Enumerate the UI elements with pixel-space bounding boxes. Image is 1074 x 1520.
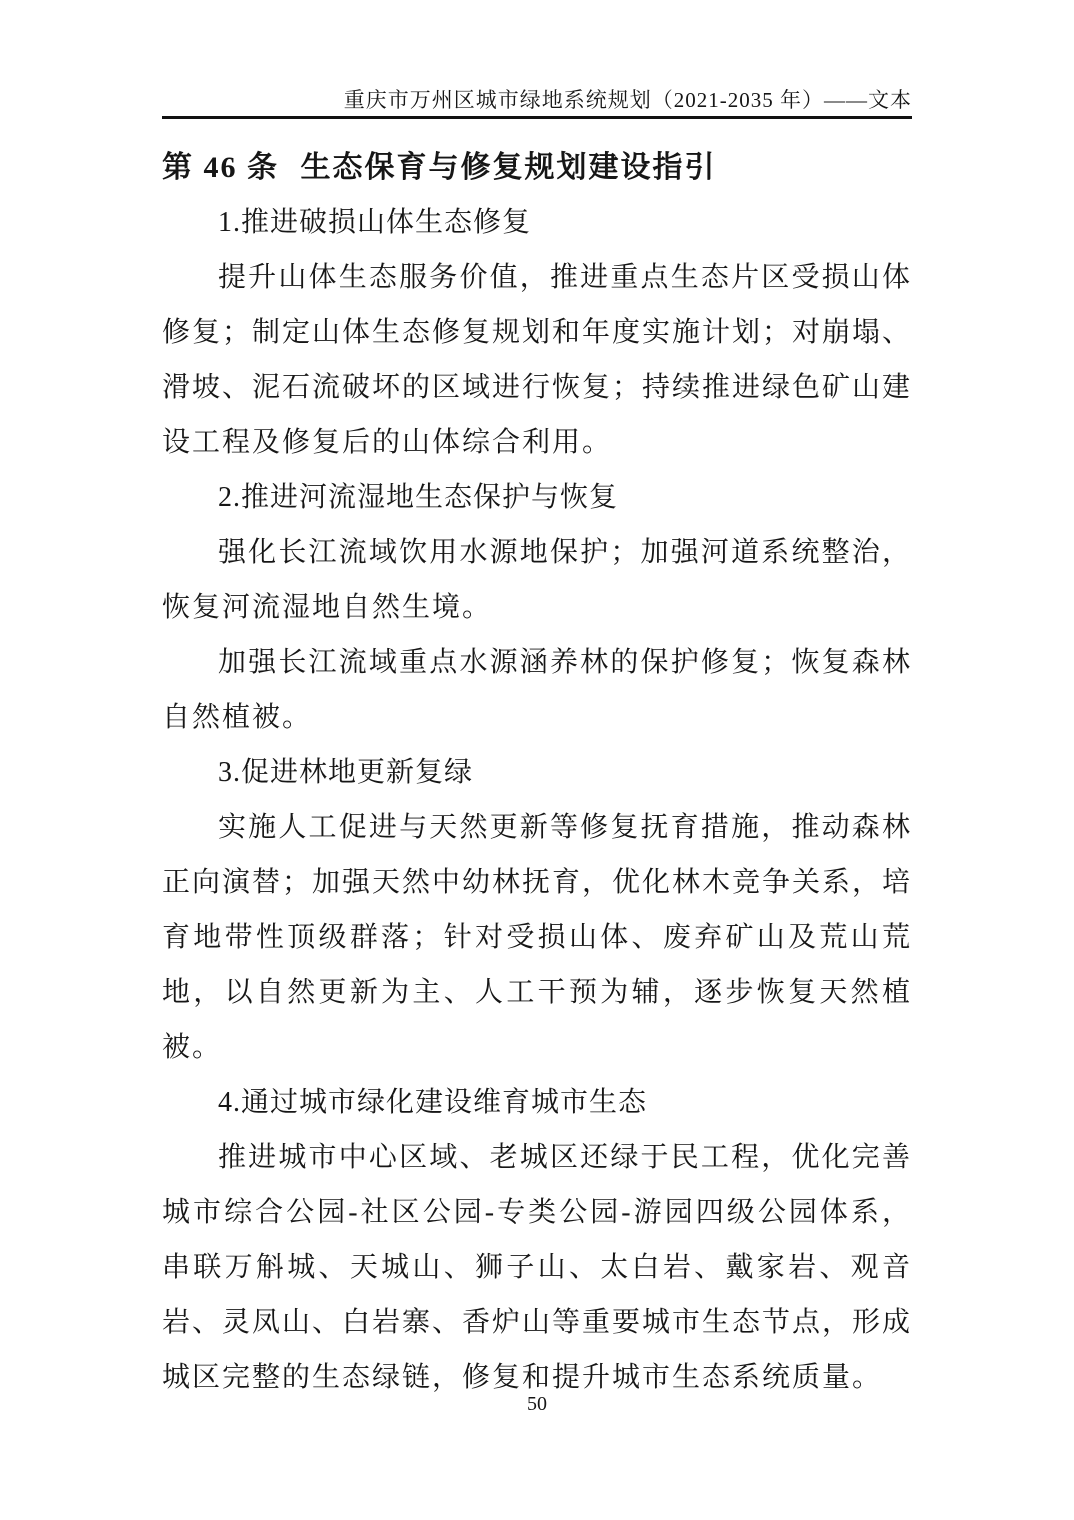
page-number: 50 <box>0 1393 1074 1416</box>
header-rule <box>162 116 912 119</box>
section-3-subtitle: 3.促进林地更新复绿 <box>162 745 912 800</box>
section-1-subtitle: 1.推进破损山体生态修复 <box>162 195 912 250</box>
section-4-paragraph-1: 推进城市中心区域、老城区还绿于民工程，优化完善城市综合公园-社区公园-专类公园-… <box>162 1130 912 1405</box>
section-2-paragraph-2: 加强长江流域重点水源涵养林的保护修复；恢复森林自然植被。 <box>162 635 912 745</box>
article-title: 生态保育与修复规划建设指引 <box>301 151 717 184</box>
section-4-subtitle: 4.通过城市绿化建设维育城市生态 <box>162 1075 912 1130</box>
document-page: 重庆市万州区城市绿地系统规划（2021-2035 年）——文本 第 46 条 生… <box>0 0 1074 1520</box>
article-heading: 第 46 条 生态保育与修复规划建设指引 <box>162 140 912 195</box>
running-head: 重庆市万州区城市绿地系统规划（2021-2035 年）——文本 <box>162 84 912 114</box>
section-2-paragraph-1: 强化长江流域饮用水源地保护；加强河道系统整治，恢复河流湿地自然生境。 <box>162 525 912 635</box>
section-3-paragraph-1: 实施人工促进与天然更新等修复抚育措施，推动森林正向演替；加强天然中幼林抚育，优化… <box>162 800 912 1075</box>
document-body: 第 46 条 生态保育与修复规划建设指引 1.推进破损山体生态修复 提升山体生态… <box>162 140 912 1405</box>
section-1-paragraph-1: 提升山体生态服务价值，推进重点生态片区受损山体修复；制定山体生态修复规划和年度实… <box>162 250 912 470</box>
article-number: 第 46 条 <box>162 151 279 184</box>
section-2-subtitle: 2.推进河流湿地生态保护与恢复 <box>162 470 912 525</box>
